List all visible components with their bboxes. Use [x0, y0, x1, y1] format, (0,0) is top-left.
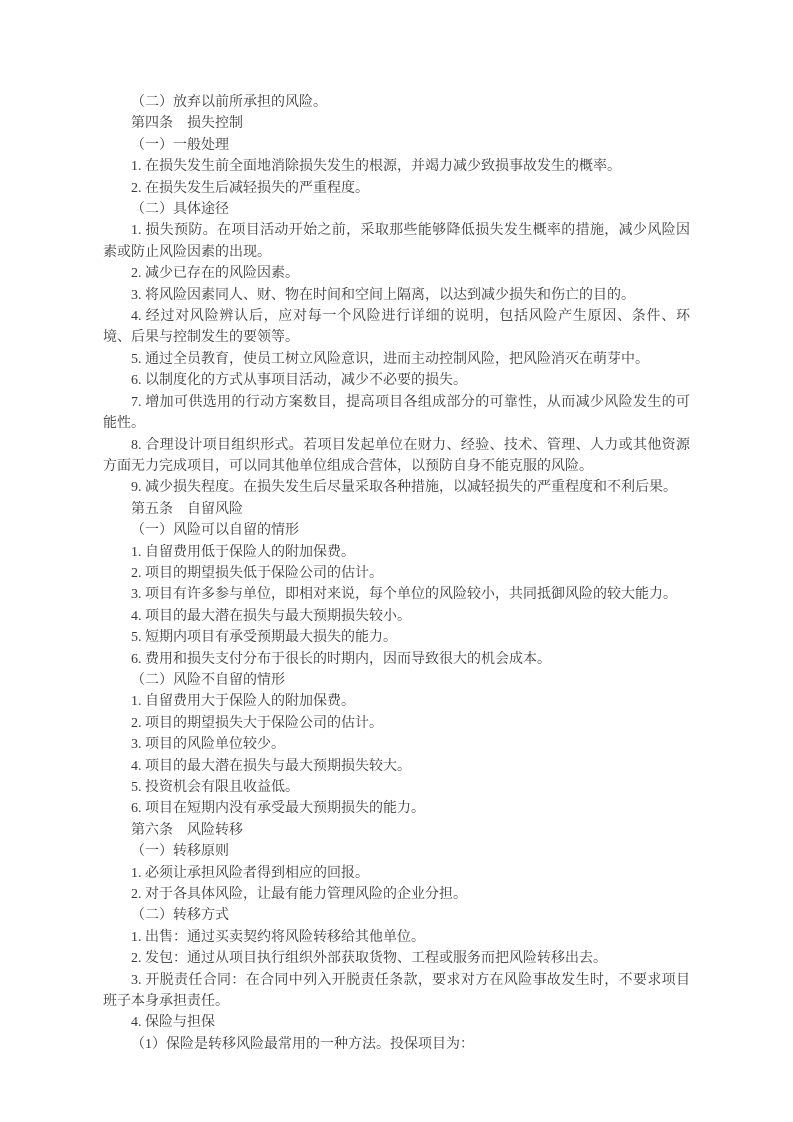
paragraph: 6. 项目在短期内没有承受最大预期损失的能力。 — [103, 798, 690, 819]
paragraph: 第六条 风险转移 — [103, 820, 690, 841]
paragraph: 5. 通过全员教育，使员工树立风险意识，进而主动控制风险，把风险消灭在萌芽中。 — [103, 349, 690, 370]
paragraph: 1. 在损失发生前全面地消除损失发生的根源，并竭力减少致损事故发生的概率。 — [103, 156, 690, 177]
paragraph: 1. 损失预防。在项目活动开始之前，采取那些能够降低损失发生概率的措施，减少风险… — [103, 220, 690, 263]
paragraph: 3. 将风险因素同人、财、物在时间和空间上隔离，以达到减少损失和伤亡的目的。 — [103, 285, 690, 306]
paragraph: 6. 费用和损失支付分布于很长的时期内，因而导致很大的机会成本。 — [103, 649, 690, 670]
paragraph: （一）转移原则 — [103, 841, 690, 862]
paragraph: 2. 发包：通过从项目执行组织外部获取货物、工程或服务而把风险转移出去。 — [103, 948, 690, 969]
paragraph: 第四条 损失控制 — [103, 113, 690, 134]
paragraph: 2. 项目的期望损失低于保险公司的估计。 — [103, 563, 690, 584]
paragraph: 6. 以制度化的方式从事项目活动，减少不必要的损失。 — [103, 370, 690, 391]
paragraph: 7. 增加可供选用的行动方案数目，提高项目各组成部分的可靠性，从而减少风险发生的… — [103, 392, 690, 435]
document-content: （二）放弃以前所承担的风险。第四条 损失控制（一）一般处理1. 在损失发生前全面… — [103, 92, 690, 1055]
paragraph: 1. 出售：通过买卖契约将风险转移给其他单位。 — [103, 927, 690, 948]
paragraph: 第五条 自留风险 — [103, 499, 690, 520]
paragraph: 3. 项目有许多参与单位，即相对来说，每个单位的风险较小，共同抵御风险的较大能力… — [103, 584, 690, 605]
paragraph: 1. 自留费用大于保险人的附加保费。 — [103, 691, 690, 712]
paragraph: （二）转移方式 — [103, 905, 690, 926]
paragraph: 4. 经过对风险辨认后，应对每一个风险进行详细的说明，包括风险产生原因、条件、环… — [103, 306, 690, 349]
paragraph: （一）风险可以自留的情形 — [103, 520, 690, 541]
paragraph: （一）一般处理 — [103, 135, 690, 156]
paragraph: 2. 在损失发生后减轻损失的严重程度。 — [103, 178, 690, 199]
paragraph: 4. 项目的最大潜在损失与最大预期损失较小。 — [103, 606, 690, 627]
paragraph: 8. 合理设计项目组织形式。若项目发起单位在财力、经验、技术、管理、人力或其他资… — [103, 435, 690, 478]
paragraph: （1）保险是转移风险最常用的一种方法。投保项目为： — [103, 1034, 690, 1055]
paragraph: 2. 项目的期望损失大于保险公司的估计。 — [103, 713, 690, 734]
paragraph: 1. 必须让承担风险者得到相应的回报。 — [103, 863, 690, 884]
paragraph: 4. 项目的最大潜在损失与最大预期损失较大。 — [103, 756, 690, 777]
paragraph: 2. 减少已存在的风险因素。 — [103, 263, 690, 284]
paragraph: 2. 对于各具体风险，让最有能力管理风险的企业分担。 — [103, 884, 690, 905]
paragraph: 1. 自留费用低于保险人的附加保费。 — [103, 542, 690, 563]
paragraph: 5. 短期内项目有承受预期最大损失的能力。 — [103, 627, 690, 648]
paragraph: 4. 保险与担保 — [103, 1012, 690, 1033]
paragraph: （二）放弃以前所承担的风险。 — [103, 92, 690, 113]
document-page: （二）放弃以前所承担的风险。第四条 损失控制（一）一般处理1. 在损失发生前全面… — [0, 0, 793, 1122]
paragraph: （二）风险不自留的情形 — [103, 670, 690, 691]
paragraph: （二）具体途径 — [103, 199, 690, 220]
paragraph: 3. 项目的风险单位较少。 — [103, 734, 690, 755]
paragraph: 3. 开脱责任合同：在合同中列入开脱责任条款，要求对方在风险事故发生时，不要求项… — [103, 970, 690, 1013]
paragraph: 5. 投资机会有限且收益低。 — [103, 777, 690, 798]
paragraph: 9. 减少损失程度。在损失发生后尽量采取各种措施，以减轻损失的严重程度和不利后果… — [103, 477, 690, 498]
